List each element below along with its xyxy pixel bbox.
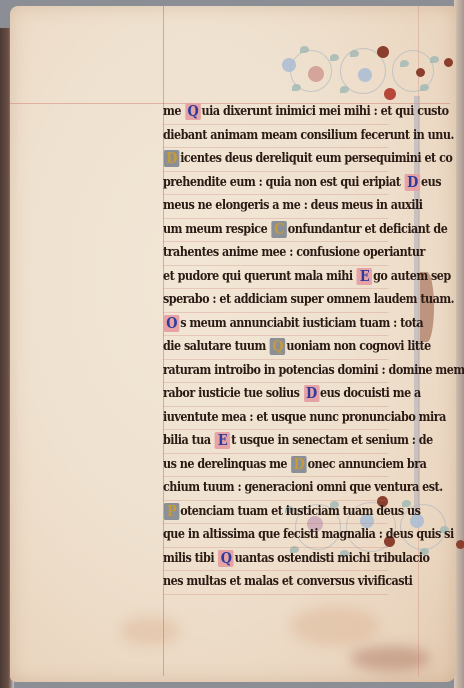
decorated-initial: Q [270, 338, 285, 355]
text-line: um meum respice Confundantur et defician… [163, 219, 388, 243]
flower-icon [358, 68, 372, 82]
line-text: chium tuum : generacioni omni que ventur… [163, 480, 443, 495]
decorated-initial: P [164, 503, 179, 520]
text-line: milis tibi Quantas ostendisti michi trib… [163, 548, 388, 572]
decorated-initial: E [215, 432, 230, 449]
line-text: die salutare tuum [163, 339, 269, 354]
text-line: Potenciam tuam et iusticiam tuam deus us [163, 501, 388, 525]
line-text: eus docuisti me a [320, 386, 421, 401]
text-line: rabor iusticie tue solius Deus docuisti … [163, 383, 388, 407]
text-line: diebant animam meam consilium fecerunt i… [163, 125, 388, 149]
berry-icon [416, 68, 425, 77]
text-line: me Quia dixerunt inimici mei mihi : et q… [163, 101, 388, 125]
line-text: diebant animam meam consilium fecerunt i… [163, 128, 454, 143]
line-text: us ne derelinquas me [163, 457, 290, 472]
text-line: sperabo : et addiciam super omnem laudem… [163, 289, 388, 313]
line-text: s meum annunciabit iusticiam tuam : tota [180, 316, 423, 331]
berry-icon [456, 540, 464, 549]
line-text: nes multas et malas et conversus vivific… [163, 574, 412, 589]
line-text: eus [421, 175, 441, 190]
text-line: chium tuum : generacioni omni que ventur… [163, 477, 388, 501]
decorated-initial: D [304, 385, 319, 402]
text-line: Dicentes deus dereliquit eum persequimin… [163, 148, 388, 172]
line-text: t usque in senectam et senium : de [231, 433, 432, 448]
line-text: otenciam tuam et iusticiam tuam deus us [180, 504, 420, 519]
line-text: me [163, 104, 184, 119]
line-text: sperabo : et addiciam super omnem laudem… [163, 292, 454, 307]
stain [290, 606, 380, 646]
text-line: iuventute mea : et usque nunc pronunciab… [163, 407, 388, 431]
line-text: uoniam non cognovi litte [286, 339, 430, 354]
text-line: us ne derelinquas me Donec annunciem bra [163, 454, 388, 478]
text-block: me Quia dixerunt inimici mei mihi : et q… [163, 101, 425, 595]
text-line: prehendite eum : quia non est qui eripia… [163, 172, 388, 196]
text-line: trahentes anime mee : confusione operian… [163, 242, 388, 266]
rose-icon [308, 66, 324, 82]
line-text: raturam introibo in potencias domini : d… [163, 363, 464, 378]
decorated-initial: D [164, 150, 179, 167]
text-line: die salutare tuum Quoniam non cognovi li… [163, 336, 388, 360]
berry-icon [384, 88, 396, 100]
text-line: meus ne elongeris a me : deus meus in au… [163, 195, 388, 219]
line-text: iuventute mea : et usque nunc pronunciab… [163, 410, 446, 425]
line-text: um meum respice [163, 222, 271, 237]
line-text: et pudore qui querunt mala mihi [163, 269, 356, 284]
berry-icon [377, 46, 389, 58]
line-text: trahentes anime mee : confusione operian… [163, 245, 425, 260]
top-border-vines [280, 38, 460, 100]
text-line: Os meum annunciabit iusticiam tuam : tot… [163, 313, 388, 337]
line-text: uia dixerunt inimici mei mihi : et qui c… [201, 104, 448, 119]
line-text: icentes deus dereliquit eum persequimini… [180, 151, 452, 166]
text-line: bilia tua Et usque in senectam et senium… [163, 430, 388, 454]
line-text: prehendite eum : quia non est qui eripia… [163, 175, 404, 190]
decorated-initial: D [291, 456, 306, 473]
decorated-initial: Q [218, 550, 233, 567]
decorated-initial: C [271, 221, 286, 238]
line-text: milis tibi [163, 551, 217, 566]
line-text: onfundantur et deficiant de [288, 222, 448, 237]
decorated-initial: E [357, 268, 372, 285]
line-text: bilia tua [163, 433, 214, 448]
line-text: onec annunciem bra [308, 457, 427, 472]
decorated-initial: O [164, 315, 179, 332]
berry-icon [444, 58, 453, 67]
decorated-initial: Q [185, 103, 200, 120]
decorated-initial: D [405, 174, 420, 191]
text-line: et pudore qui querunt mala mihi Ego aute… [163, 266, 388, 290]
line-text: rabor iusticie tue solius [163, 386, 303, 401]
text-line: que in altissima que fecisti magnalia : … [163, 524, 388, 548]
line-text: que in altissima que fecisti magnalia : … [163, 527, 454, 542]
stain [120, 616, 180, 646]
line-text: meus ne elongeris a me : deus meus in au… [163, 198, 422, 213]
flower-icon [282, 58, 296, 72]
text-line: raturam introibo in potencias domini : d… [163, 360, 388, 384]
line-text: go autem sep [373, 269, 451, 284]
text-line: nes multas et malas et conversus vivific… [163, 571, 388, 595]
line-text: uantas ostendisti michi tribulacio [235, 551, 430, 566]
